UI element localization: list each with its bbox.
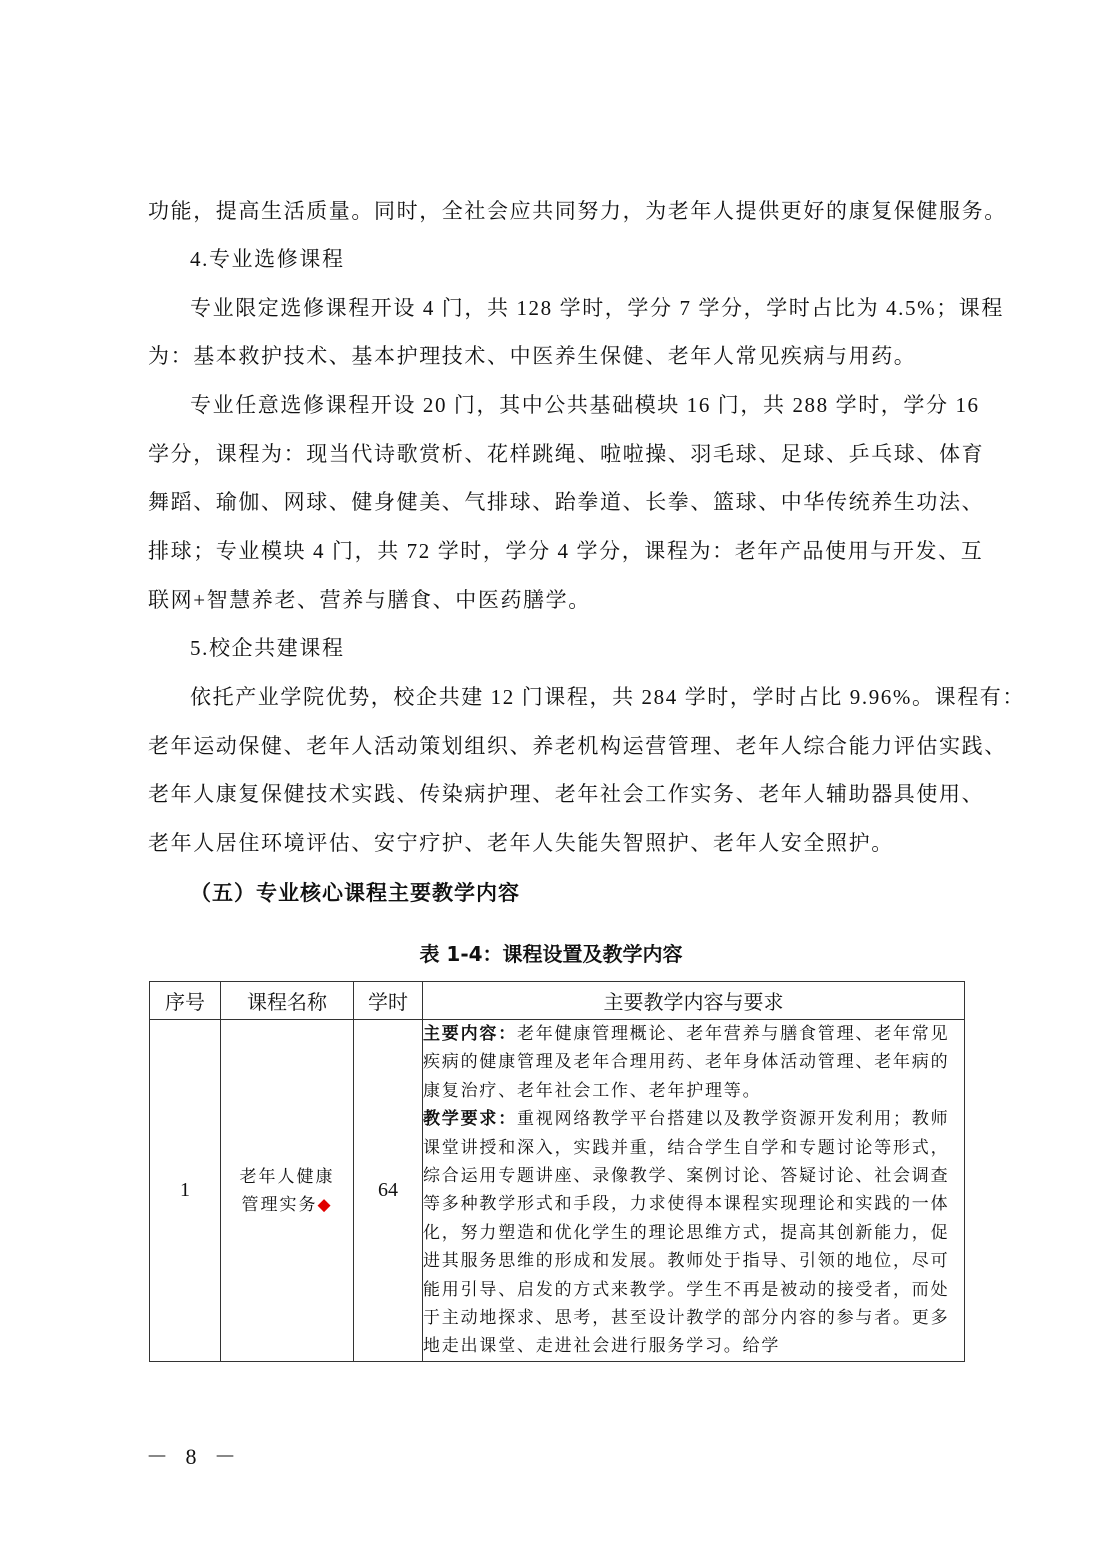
- paragraph-line: 专业限定选修课程开设 4 门，共 128 学时，学分 7 学分，学时占比为 4.…: [190, 294, 1010, 322]
- header-content: 主要教学内容与要求: [423, 982, 965, 1020]
- main-content-label: 主要内容：: [423, 1024, 517, 1044]
- paragraph-line: 依托产业学院优势，校企共建 12 门课程，共 284 学时，学时占比 9.96%…: [190, 683, 1010, 711]
- paragraph-line: 老年运动保健、老年人活动策划组织、养老机构运营管理、老年人综合能力评估实践、: [148, 732, 968, 760]
- course-name-line1: 老年人健康: [221, 1163, 353, 1191]
- header-course-name: 课程名称: [221, 982, 354, 1020]
- paragraph-line: 联网+智慧养老、营养与膳食、中医药膳学。: [148, 586, 968, 614]
- paragraph-line: 为：基本救护技术、基本护理技术、中医养生保健、老年人常见疾病与用药。: [148, 342, 968, 370]
- teaching-requirements: 教学要求：重视网络教学平台搭建以及教学资源开发利用；教师课堂讲授和深入，实践并重…: [423, 1105, 964, 1361]
- course-name-text: 管理实务: [241, 1195, 317, 1215]
- course-name-line2: 管理实务◆: [221, 1191, 353, 1219]
- paragraph-line: 舞蹈、瑜伽、网球、健身健美、气排球、跆拳道、长拳、篮球、中华传统养生功法、: [148, 488, 968, 516]
- header-no: 序号: [150, 982, 221, 1020]
- subheading-school-enterprise-courses: 5.校企共建课程: [190, 634, 1010, 662]
- table-header-row: 序号 课程名称 学时 主要教学内容与要求: [150, 982, 965, 1020]
- paragraph-line: 老年人居住环境评估、安宁疗护、老年人失能失智照护、老年人安全照护。: [148, 829, 968, 857]
- core-course-diamond-icon: ◆: [317, 1195, 332, 1215]
- paragraph-line: 专业任意选修课程开设 20 门，其中公共基础模块 16 门，共 288 学时，学…: [190, 391, 1010, 419]
- row-hours: 64: [354, 1020, 423, 1362]
- teaching-requirements-label: 教学要求：: [423, 1109, 517, 1129]
- course-table: 序号 课程名称 学时 主要教学内容与要求 1 老年人健康 管理实务◆ 64 主要…: [149, 981, 965, 1362]
- table-caption: 表 1-4：课程设置及教学内容: [0, 938, 1102, 967]
- teaching-requirements-text: 重视网络教学平台搭建以及教学资源开发利用；教师课堂讲授和深入，实践并重，结合学生…: [423, 1109, 949, 1356]
- page-number: － 8 －: [146, 1440, 242, 1471]
- paragraph-line: 学分，课程为：现当代诗歌赏析、花样跳绳、啦啦操、羽毛球、足球、乒乓球、体育: [148, 440, 968, 468]
- main-content: 主要内容：老年健康管理概论、老年营养与膳食管理、老年常见疾病的健康管理及老年合理…: [423, 1020, 964, 1105]
- paragraph-line: 功能，提高生活质量。同时，全社会应共同努力，为老年人提供更好的康复保健服务。: [148, 197, 968, 225]
- table-row: 1 老年人健康 管理实务◆ 64 主要内容：老年健康管理概论、老年营养与膳食管理…: [150, 1020, 965, 1362]
- row-content: 主要内容：老年健康管理概论、老年营养与膳食管理、老年常见疾病的健康管理及老年合理…: [423, 1020, 965, 1362]
- paragraph-line: 老年人康复保健技术实践、传染病护理、老年社会工作实务、老年人辅助器具使用、: [148, 780, 968, 808]
- subheading-elective-courses: 4.专业选修课程: [190, 245, 1010, 273]
- header-hours: 学时: [354, 982, 423, 1020]
- paragraph-line: 排球；专业模块 4 门，共 72 学时，学分 4 学分，课程为：老年产品使用与开…: [148, 537, 968, 565]
- section-heading: （五）专业核心课程主要教学内容: [190, 877, 520, 907]
- row-course-name: 老年人健康 管理实务◆: [221, 1020, 354, 1362]
- row-no: 1: [150, 1020, 221, 1362]
